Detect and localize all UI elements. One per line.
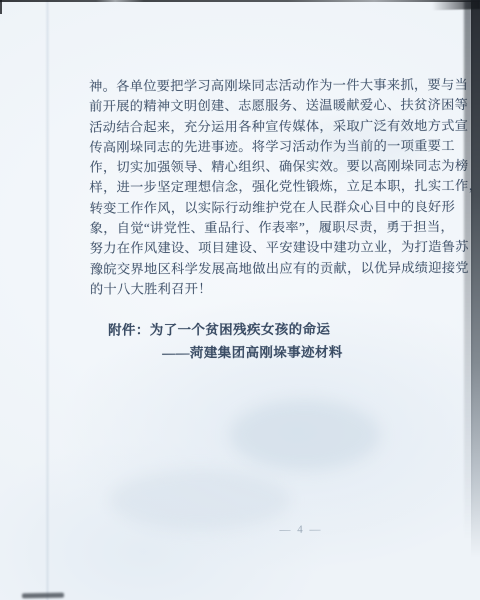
body-line: 前开展的精神文明创建、志愿服务、送温暖献爱心、扶贫济困等 (89, 95, 461, 117)
attachment-line: 附件：为了一个贫困残疾女孩的命运 (108, 318, 343, 342)
attachment-title: 为了一个贫困残疾女孩的命运 (150, 322, 331, 338)
scan-corner-top-right (432, 0, 480, 10)
body-paragraph: 神。各单位要把学习高刚垛同志活动作为一件大事来抓，要与当 前开展的精神文明创建、… (89, 75, 462, 300)
body-line: 传高刚垛同志的先进事迹。将学习活动作为当前的一项重要工 (89, 136, 461, 158)
body-line: 活动结合起来，充分运用各种宣传媒体，采取广泛有效地方式宣 (89, 116, 461, 138)
body-line: 豫皖交界地区科学发展高地做出应有的贡献，以优异成绩迎接党 (90, 258, 462, 280)
document-content: 神。各单位要把学习高刚垛同志活动作为一件大事来抓，要与当 前开展的精神文明创建、… (0, 0, 480, 600)
body-line: 的十八大胜利召开！ (90, 278, 462, 300)
scan-edge-right (471, 0, 480, 558)
body-line: 转变工作作风，以实际行动维护党在人民群众心目中的良好形 (90, 197, 462, 219)
attachment-block: 附件：为了一个贫困残疾女孩的命运 ——菏建集团高刚垛事迹材料 (108, 318, 343, 365)
attachment-label: 附件： (108, 322, 150, 337)
body-line: 作，切实加强领导、精心组织、确保实效。要以高刚垛同志为榜 (89, 156, 461, 178)
scan-smudge-bottom-left (22, 593, 64, 599)
scanned-document-page: 神。各单位要把学习高刚垛同志活动作为一件大事来抓，要与当 前开展的精神文明创建、… (0, 0, 480, 600)
page-number: — 4 — (191, 523, 411, 536)
body-line: 神。各单位要把学习高刚垛同志活动作为一件大事来抓，要与当 (89, 75, 461, 97)
scan-edge-left (0, 0, 2, 14)
body-line: 样，进一步坚定理想信念，强化党性锻炼，立足本职，扎实工作， (89, 177, 461, 199)
body-line: 象，自觉“讲党性、重品行、作表率”，履职尽责，勇于担当， (90, 217, 462, 239)
body-line: 努力在作风建设、项目建设、平安建设中建功立业，为打造鲁苏 (90, 237, 462, 259)
attachment-subtitle: ——菏建集团高刚垛事迹材料 (162, 341, 343, 365)
scan-edge-top (0, 0, 480, 2)
